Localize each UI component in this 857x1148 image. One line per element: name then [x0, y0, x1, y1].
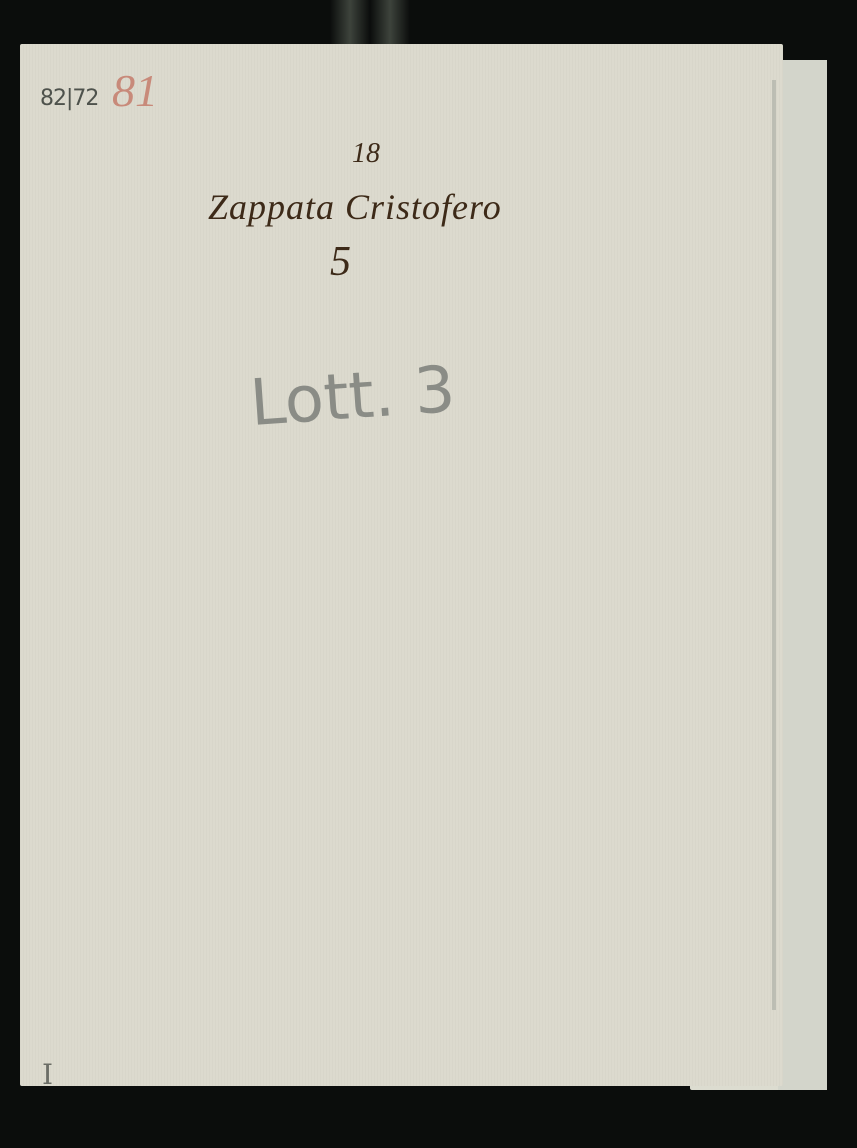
sheet-edge-shadow	[772, 80, 776, 1010]
roman-numeral-mark: I	[42, 1058, 53, 1091]
ink-number: 5	[330, 238, 351, 286]
person-name: Zappata Cristofero	[208, 186, 502, 228]
shelfmark: 82|72	[40, 86, 98, 111]
folio-number: 18	[352, 138, 380, 170]
red-pencil-number: 81	[112, 64, 158, 117]
pencil-lot-mark: Lott. 3	[248, 353, 458, 441]
